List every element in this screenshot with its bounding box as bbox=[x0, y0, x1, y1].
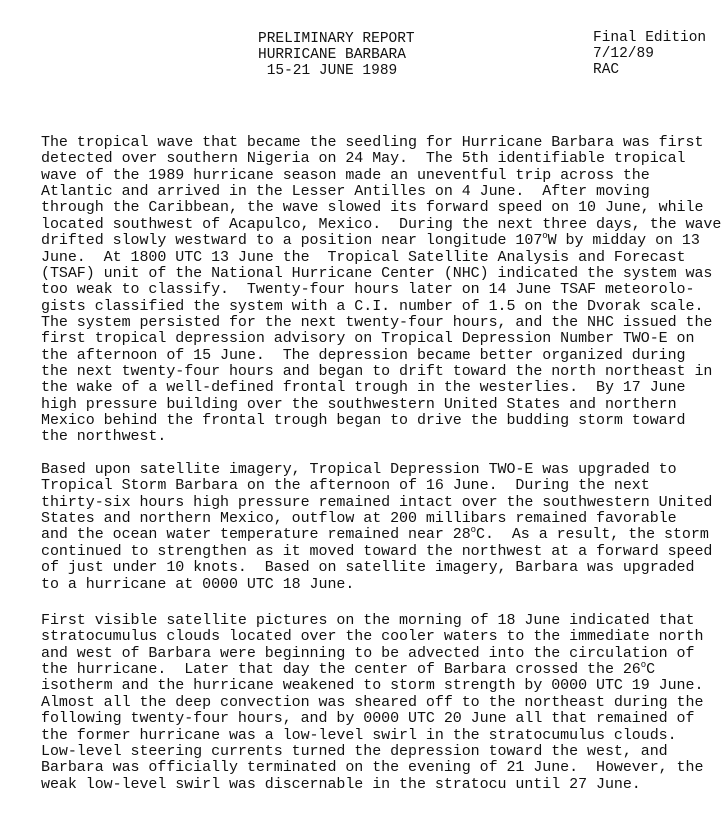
text-line: of just under 10 knots. Based on satelli… bbox=[41, 560, 694, 576]
text-line: following twenty-four hours, and by 0000… bbox=[41, 711, 694, 727]
text-line: drifted slowly westward to a position ne… bbox=[41, 233, 700, 249]
text-line: first tropical depression advisory on Tr… bbox=[41, 331, 694, 347]
edition-label: Final Edition bbox=[593, 30, 706, 46]
text-line: stratocumulus clouds located over the co… bbox=[41, 629, 703, 645]
text-line: Almost all the deep convection was shear… bbox=[41, 695, 703, 711]
text-line: The system persisted for the next twenty… bbox=[41, 315, 712, 331]
text-line: located southwest of Acapulco, Mexico. D… bbox=[41, 217, 721, 233]
text-line: too weak to classify. Twenty-four hours … bbox=[41, 282, 694, 298]
text-line: and the ocean water temperature remained… bbox=[41, 527, 709, 543]
text-line: (TSAF) unit of the National Hurricane Ce… bbox=[41, 266, 712, 282]
text-line: Based upon satellite imagery, Tropical D… bbox=[41, 462, 677, 478]
text-line: and west of Barbara were beginning to be… bbox=[41, 646, 694, 662]
text-line: the afternoon of 15 June. The depression… bbox=[41, 348, 686, 364]
text-line: weak low-level swirl was discernable in … bbox=[41, 777, 641, 793]
text-line: June. At 1800 UTC 13 June the Tropical S… bbox=[41, 250, 686, 266]
report-title: PRELIMINARY REPORT bbox=[258, 31, 415, 47]
storm-name: HURRICANE BARBARA bbox=[258, 47, 406, 63]
text-line: through the Caribbean, the wave slowed i… bbox=[41, 200, 703, 216]
text-line: the next twenty-four hours and began to … bbox=[41, 364, 712, 380]
text-line: States and northern Mexico, outflow at 2… bbox=[41, 511, 677, 527]
storm-dates: 15-21 JUNE 1989 bbox=[258, 63, 397, 79]
text-line: the hurricane. Later that day the center… bbox=[41, 662, 655, 678]
text-line: isotherm and the hurricane weakened to s… bbox=[41, 678, 703, 694]
text-line: thirty-six hours high pressure remained … bbox=[41, 495, 712, 511]
text-line: wave of the 1989 hurricane season made a… bbox=[41, 168, 650, 184]
text-line: Barbara was officially terminated on the… bbox=[41, 760, 703, 776]
text-line: Low-level steering currents turned the d… bbox=[41, 744, 668, 760]
text-line: The tropical wave that became the seedli… bbox=[41, 135, 703, 151]
text-line: First visible satellite pictures on the … bbox=[41, 613, 694, 629]
text-line: Tropical Storm Barbara on the afternoon … bbox=[41, 478, 650, 494]
text-line: high pressure building over the southwes… bbox=[41, 397, 677, 413]
text-line: Atlantic and arrived in the Lesser Antil… bbox=[41, 184, 650, 200]
text-line: continued to strengthen as it moved towa… bbox=[41, 544, 712, 560]
author-initials: RAC bbox=[593, 62, 619, 78]
edition-date: 7/12/89 bbox=[593, 46, 654, 62]
text-line: the former hurricane was a low-level swi… bbox=[41, 728, 677, 744]
text-line: Mexico behind the frontal trough began t… bbox=[41, 413, 686, 429]
text-line: the northwest. bbox=[41, 429, 166, 445]
text-line: to a hurricane at 0000 UTC 18 June. bbox=[41, 577, 354, 593]
text-line: the wake of a well-defined frontal troug… bbox=[41, 380, 686, 396]
text-line: detected over southern Nigeria on 24 May… bbox=[41, 151, 686, 167]
text-line: gists classified the system with a C.I. … bbox=[41, 299, 703, 315]
